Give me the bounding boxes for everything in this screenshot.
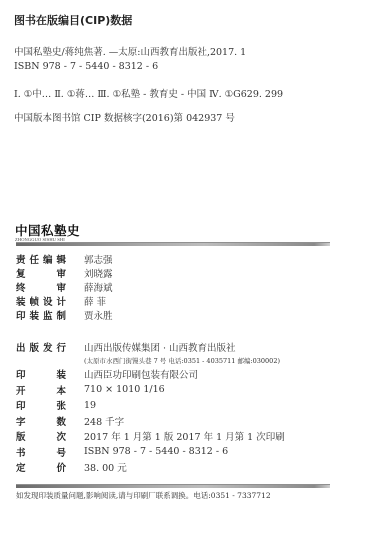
credit-row-final-review: 终审 薛海斌 [16, 280, 113, 294]
cip-classification-line: Ⅰ. ①中… Ⅱ. ①蒋… Ⅲ. ①私塾 - 教育史 - 中国 Ⅳ. ①G629… [14, 86, 283, 100]
pub-row-sheets: 印张 19 [16, 398, 285, 414]
book-title: 中国私塾史 [15, 224, 80, 237]
credit-label: 复审 [16, 266, 66, 280]
label-char: 行 [56, 340, 66, 354]
credit-row-editor: 责任编辑 郭志强 [16, 252, 113, 266]
label-char: 出 [16, 340, 26, 354]
pub-value: 38. 00 元 [84, 460, 127, 474]
pub-row-wordcount: 字数 248 千字 [16, 413, 285, 429]
pub-row-format: 开本 710 × 1010 1/16 [16, 382, 285, 398]
pub-row-isbn: 书号 ISBN 978 - 7 - 5440 - 8312 - 6 [16, 444, 285, 460]
label-char: 监 [43, 308, 53, 322]
pub-value: 248 千字 [84, 414, 124, 428]
label-char: 责 [16, 252, 26, 266]
pub-label: 印装 [16, 367, 66, 381]
credit-row-design: 装帧设计 薛 菲 [16, 294, 113, 308]
pub-label: 印张 [16, 398, 66, 412]
cip-isbn-line: ISBN 978 - 7 - 5440 - 8312 - 6 [14, 61, 158, 72]
label-char: 书 [16, 445, 26, 459]
pub-row-address: (太原市水西门街馒头巷 7 号 电话:0351 - 4035711 邮编:030… [16, 355, 285, 367]
label-char: 印 [16, 308, 26, 322]
pub-row-printer: 印装 山西臣功印刷包装有限公司 [16, 367, 285, 383]
label-char: 帧 [29, 294, 39, 308]
label-char: 编 [43, 252, 53, 266]
label-char: 装 [56, 367, 66, 381]
label-char: 数 [56, 414, 66, 428]
pub-value-publisher: 山西出版传媒集团 · 山西教育出版社 [84, 340, 236, 354]
pub-label: 出版发行 [16, 340, 66, 354]
credit-label: 责任编辑 [16, 252, 66, 266]
publication-info: 出版发行 山西出版传媒集团 · 山西教育出版社 (太原市水西门街馒头巷 7 号 … [16, 339, 285, 475]
label-char: 审 [56, 280, 66, 294]
label-char: 开 [16, 383, 26, 397]
pub-row-publisher: 出版发行 山西出版传媒集团 · 山西教育出版社 [16, 339, 285, 355]
label-char: 版 [16, 429, 26, 443]
pub-label: 版次 [16, 429, 66, 443]
publisher-address: (太原市水西门街馒头巷 7 号 电话:0351 - 4035711 邮编:030… [84, 356, 280, 365]
credit-value: 薛海斌 [84, 280, 113, 294]
credit-value: 贾永胜 [84, 308, 113, 322]
label-char: 张 [56, 398, 66, 412]
label-char: 装 [29, 308, 39, 322]
label-char: 印 [16, 367, 26, 381]
pub-value: 710 × 1010 1/16 [84, 384, 165, 395]
pub-label: 书号 [16, 445, 66, 459]
footer-note: 如发现印装质量问题,影响阅读,请与印刷厂联系调换。电话:0351 - 73377… [16, 490, 271, 501]
label-char: 制 [56, 308, 66, 322]
label-char: 定 [16, 460, 26, 474]
credit-value: 薛 菲 [84, 294, 106, 308]
label-char: 印 [16, 398, 26, 412]
label-char: 发 [43, 340, 53, 354]
credit-row-print-supervision: 印装监制 贾永胜 [16, 308, 113, 322]
label-char: 本 [56, 383, 66, 397]
pub-value: 2017 年 1 月第 1 版 2017 年 1 月第 1 次印刷 [84, 429, 285, 443]
cip-heading: 图书在版编目(CIP)数据 [14, 12, 132, 28]
pub-value: ISBN 978 - 7 - 5440 - 8312 - 6 [84, 446, 228, 457]
label-char: 版 [29, 340, 39, 354]
label-char: 价 [56, 460, 66, 474]
credit-label: 装帧设计 [16, 294, 66, 308]
label-char: 审 [56, 266, 66, 280]
cip-record-number: 中国版本图书馆 CIP 数据核字(2016)第 042937 号 [14, 110, 235, 124]
credit-label: 终审 [16, 280, 66, 294]
credit-row-second-review: 复审 刘晓露 [16, 266, 113, 280]
divider-bottom [16, 484, 330, 488]
label-char: 计 [56, 294, 66, 308]
pub-label: 开本 [16, 383, 66, 397]
pub-row-price: 定价 38. 00 元 [16, 460, 285, 476]
label-char: 次 [56, 429, 66, 443]
pub-label: 定价 [16, 460, 66, 474]
label-char: 复 [16, 266, 26, 280]
credit-value: 郭志强 [84, 252, 113, 266]
label-char: 辑 [56, 252, 66, 266]
divider-top [16, 242, 330, 246]
pub-value: 19 [84, 400, 96, 411]
label-char: 任 [29, 252, 39, 266]
label-char: 号 [56, 445, 66, 459]
cip-title-line: 中国私塾史/蒋纯焦著. —太原:山西教育出版社,2017. 1 [14, 44, 246, 58]
book-title-block: 中国私塾史 ZHONGGUO SISHU SHI [15, 224, 80, 243]
credit-value: 刘晓露 [84, 266, 113, 280]
pub-label: 字数 [16, 414, 66, 428]
label-char: 终 [16, 280, 26, 294]
pub-value: 山西臣功印刷包装有限公司 [84, 367, 198, 381]
label-char: 设 [43, 294, 53, 308]
pub-row-edition: 版次 2017 年 1 月第 1 版 2017 年 1 月第 1 次印刷 [16, 429, 285, 445]
label-char: 装 [16, 294, 26, 308]
label-char: 字 [16, 414, 26, 428]
credit-label: 印装监制 [16, 308, 66, 322]
credits-list: 责任编辑 郭志强 复审 刘晓露 终审 薛海斌 装帧设计 薛 菲 印装监制 贾永胜 [16, 252, 113, 322]
